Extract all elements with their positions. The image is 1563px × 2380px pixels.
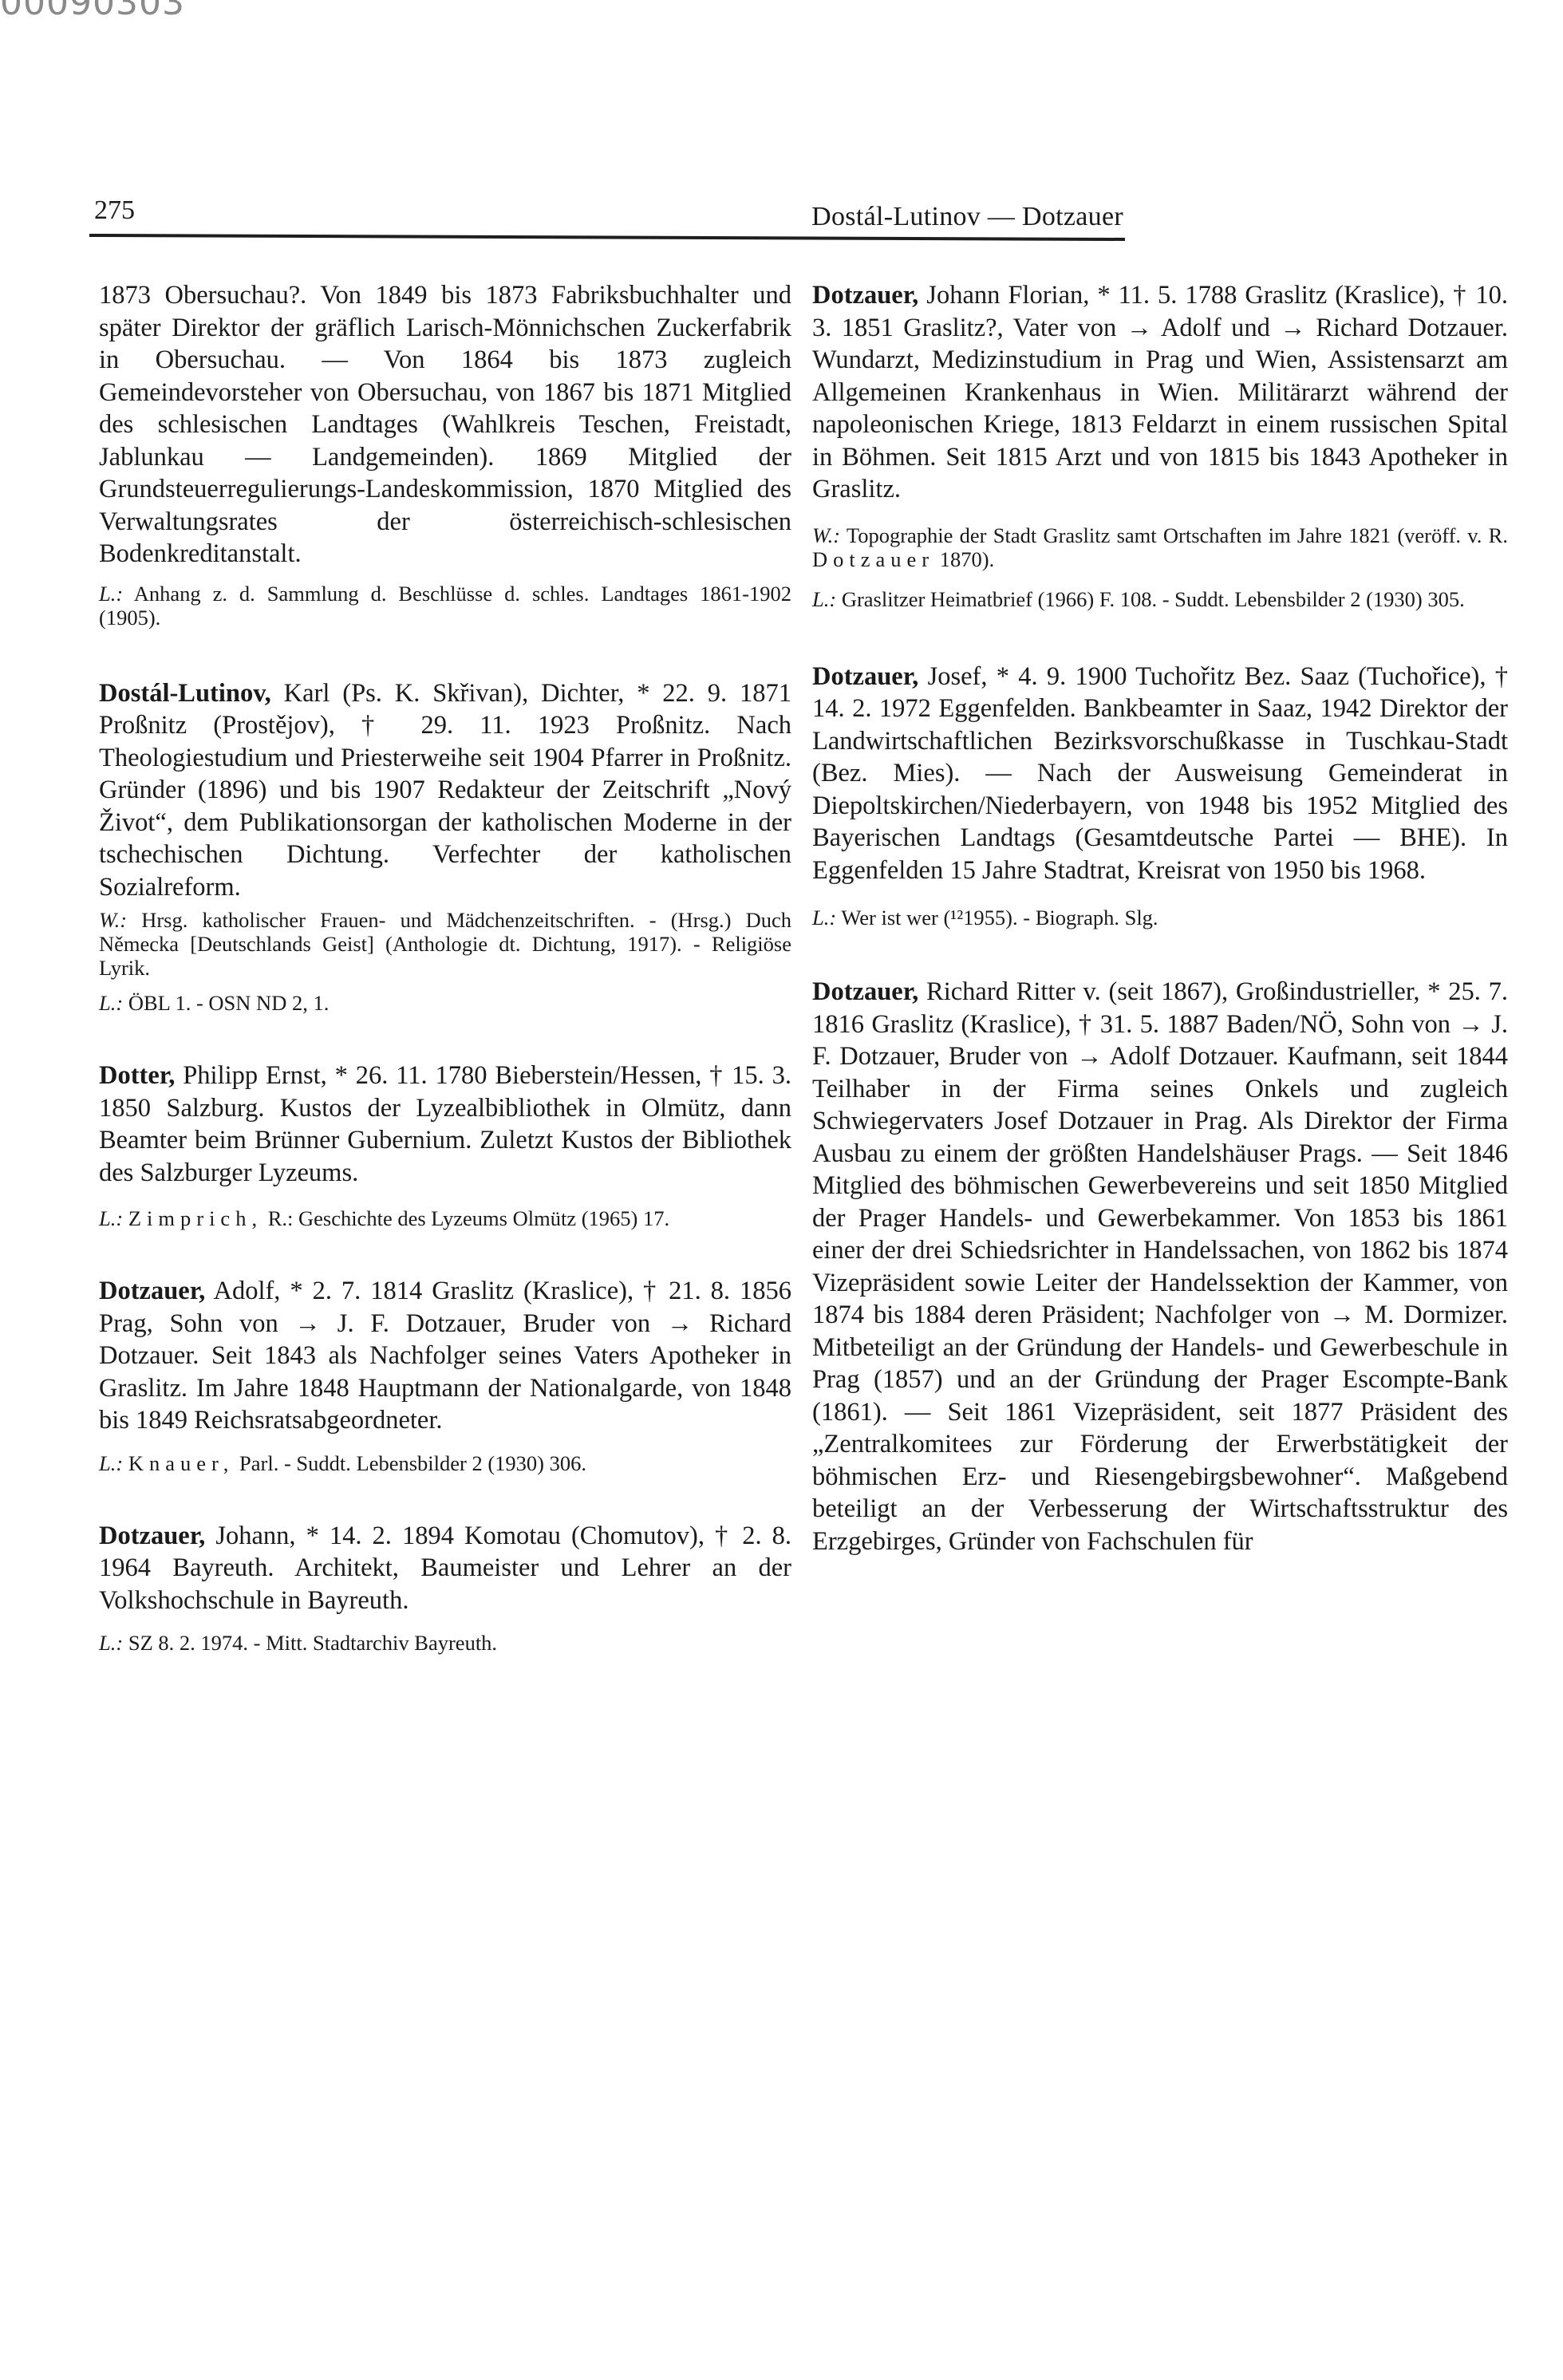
running-head-title: Dostál-Lutinov — Dotzauer [811, 202, 1123, 232]
ref-label: W.: [99, 908, 127, 932]
ref-label: L.: [812, 587, 836, 611]
page-number: 275 [94, 195, 135, 226]
headword: Dotzauer, [812, 977, 918, 1006]
ref-text: Anhang z. d. Sammlung d. Beschlüsse d. s… [99, 582, 791, 630]
entry-dotzauer-johann-florian: Dotzauer, Johann Florian, * 11. 5. 1788 … [812, 279, 1508, 611]
ref-label: L.: [99, 1206, 123, 1230]
ref-label: L.: [99, 582, 123, 606]
entry-body: Richard Ritter v. (seit 1867), Großindus… [812, 977, 1508, 1556]
literature-reference: L.: Graslitzer Heimatbrief (1966) F. 108… [812, 587, 1508, 611]
ref-text: Graslitzer Heimatbrief (1966) F. 108. - … [842, 587, 1465, 611]
entry-body: Philipp Ernst, * 26. 11. 1780 Bieberstei… [99, 1061, 791, 1187]
literature-reference: L.: ÖBL 1. - OSN ND 2, 1. [99, 991, 791, 1015]
headword: Dotter, [99, 1061, 175, 1090]
entry-body: Josef, * 4. 9. 1900 Tuchořitz Bez. Saaz … [812, 662, 1508, 885]
entry-continuation: 1873 Obersuchau?. Von 1849 bis 1873 Fabr… [99, 279, 791, 630]
ref-text: R.: Geschichte des Lyzeums Olmütz (1965)… [268, 1206, 669, 1230]
ref-label: L.: [99, 991, 123, 1015]
entry-dotzauer-josef: Dotzauer, Josef, * 4. 9. 1900 Tuchořitz … [812, 661, 1508, 930]
literature-reference: L.: SZ 8. 2. 1974. - Mitt. Stadtarchiv B… [99, 1631, 791, 1655]
headword: Dotzauer, [812, 662, 918, 691]
headword: Dotzauer, [812, 281, 918, 310]
ref-text: ÖBL 1. - OSN ND 2, 1. [128, 991, 330, 1015]
headword: Dotzauer, [99, 1522, 205, 1550]
ref-label: W.: [812, 523, 840, 547]
entry-body: Johann Florian, * 11. 5. 1788 Graslitz (… [812, 281, 1508, 503]
ref-author: Dotzauer [812, 547, 934, 571]
ref-author: Zimprich, [128, 1206, 262, 1230]
headword: Dostál-Lutinov, [99, 679, 271, 708]
ref-author: Knauer, [128, 1451, 235, 1475]
literature-reference: L.: Anhang z. d. Sammlung d. Beschlüsse … [99, 582, 791, 630]
ref-text: SZ 8. 2. 1974. - Mitt. Stadtarchiv Bayre… [128, 1631, 497, 1655]
entry-dotzauer-richard: Dotzauer, Richard Ritter v. (seit 1867),… [812, 976, 1508, 1557]
ref-text: Wer ist wer (¹²1955). - Biograph. Slg. [841, 906, 1158, 930]
headword: Dotzauer, [99, 1277, 205, 1305]
ref-label: L.: [812, 906, 836, 930]
ref-text-after: 1870). [940, 547, 994, 571]
entry-dostal-lutinov-karl: Dostál-Lutinov, Karl (Ps. K. Skřivan), D… [99, 677, 791, 1016]
ref-label: L.: [99, 1631, 123, 1655]
ref-label: L.: [99, 1451, 123, 1475]
entry-body: 1873 Obersuchau?. Von 1849 bis 1873 Fabr… [99, 279, 791, 570]
literature-reference: L.: Zimprich, R.: Geschichte des Lyzeums… [99, 1206, 791, 1230]
works-reference: W.: Hrsg. katholischer Frauen- und Mädch… [99, 908, 791, 980]
left-column: 1873 Obersuchau?. Von 1849 bis 1873 Fabr… [99, 279, 791, 1685]
ref-text: Parl. - Suddt. Lebensbilder 2 (1930) 306… [239, 1451, 586, 1475]
literature-reference: L.: Wer ist wer (¹²1955). - Biograph. Sl… [812, 906, 1508, 930]
literature-reference: L.: Knauer, Parl. - Suddt. Lebensbilder … [99, 1451, 791, 1475]
entry-dotter-philipp-ernst: Dotter, Philipp Ernst, * 26. 11. 1780 Bi… [99, 1060, 791, 1230]
running-head: 275 Dostál-Lutinov — Dotzauer [94, 195, 1123, 235]
right-column: Dotzauer, Johann Florian, * 11. 5. 1788 … [812, 279, 1508, 1588]
ref-text: Topographie der Stadt Graslitz samt Orts… [847, 523, 1508, 547]
entry-body: Karl (Ps. K. Skřivan), Dichter, * 22. 9.… [99, 679, 791, 902]
entry-dotzauer-johann: Dotzauer, Johann, * 14. 2. 1894 Komotau … [99, 1520, 791, 1656]
entry-dotzauer-adolf: Dotzauer, Adolf, * 2. 7. 1814 Graslitz (… [99, 1275, 791, 1475]
ref-text: Hrsg. katholischer Frauen- und Mädchenze… [99, 908, 791, 980]
scan-id-watermark: 00090303 [0, 0, 185, 23]
works-reference: W.: Topographie der Stadt Graslitz samt … [812, 523, 1508, 571]
